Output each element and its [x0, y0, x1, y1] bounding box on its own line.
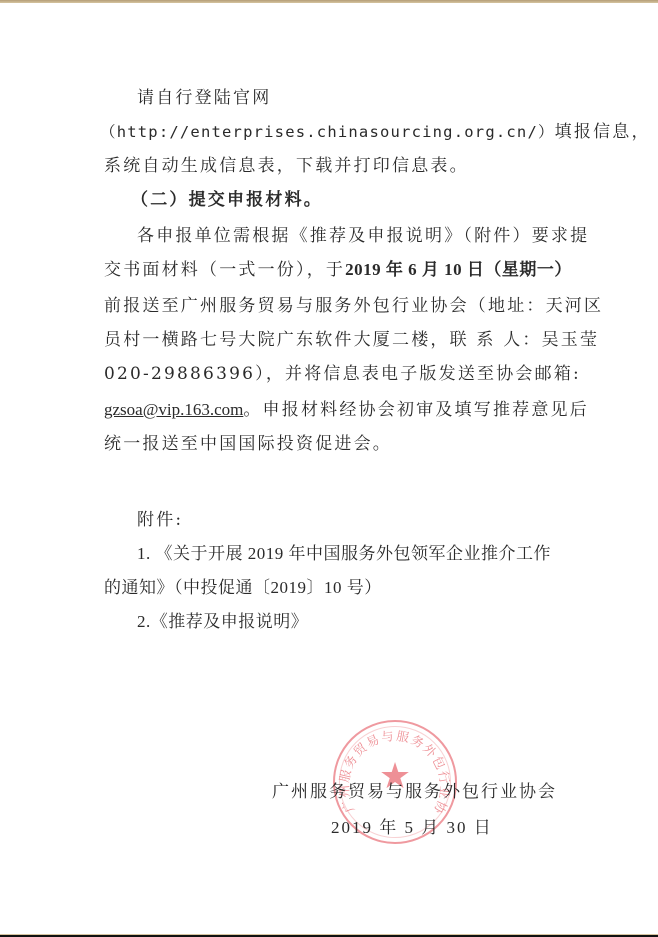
paragraph-1-line-3: 系统自动生成信息表，下载并打印信息表。 [104, 155, 469, 177]
signature-organization: 广州服务贸易与服务外包行业协会 [272, 777, 557, 802]
paragraph-2-line-6: gzsoa@vip.163.com。申报材料经协会初审及填写推荐意见后 [104, 399, 589, 421]
paragraph-2-line-5: 020-29886396），并将信息表电子版发送至协会邮箱: [104, 363, 581, 385]
section-heading: （二）提交申报材料。 [131, 189, 323, 211]
paragraph-2-line-1: 各申报单位需根据《推荐及申报说明》（附件）要求提 [137, 225, 589, 247]
paragraph-1-line-2-tail: 填报信息， [555, 122, 651, 142]
paragraph-2-line-6-tail: 。申报材料经协会初审及填写推荐意见后 [243, 400, 589, 420]
paragraph-2-line-4: 员村一横路七号大院广东软件大厦二楼，联 系 人：吴玉莹 [104, 329, 599, 351]
signature-date: 2019 年 5 月 30 日 [331, 813, 493, 838]
paragraph-2-line-7: 统一报送至中国国际投资促进会。 [104, 433, 392, 455]
paragraph-1-line-1: 请自行登陆官网 [137, 87, 271, 109]
paragraph-2-line-2-pre: 交书面材料（一式一份），于 [104, 260, 345, 280]
page-edge-top [0, 0, 658, 3]
website-url[interactable]: （http://enterprises.chinasourcing.org.cn… [100, 123, 555, 141]
paragraph-1-line-2: （http://enterprises.chinasourcing.org.cn… [100, 121, 651, 143]
attachment-item-1-line-2: 的通知》（中投促通〔2019〕10 号） [104, 577, 382, 599]
paragraph-2-line-2: 交书面材料（一式一份），于2019 年 6 月 10 日（星期一） [104, 259, 572, 281]
attachment-item-1-line-1: 1. 《关于开展 2019 年中国服务外包领军企业推介工作 [137, 543, 551, 565]
deadline-date: 2019 年 6 月 10 日（星期一） [345, 260, 572, 279]
attachments-label: 附件: [137, 509, 183, 531]
attachment-item-2: 2.《推荐及申报说明》 [137, 611, 308, 633]
paragraph-2-line-3: 前报送至广州服务贸易与服务外包行业协会（地址：天河区 [104, 295, 603, 317]
email-link[interactable]: gzsoa@vip.163.com [104, 400, 243, 419]
